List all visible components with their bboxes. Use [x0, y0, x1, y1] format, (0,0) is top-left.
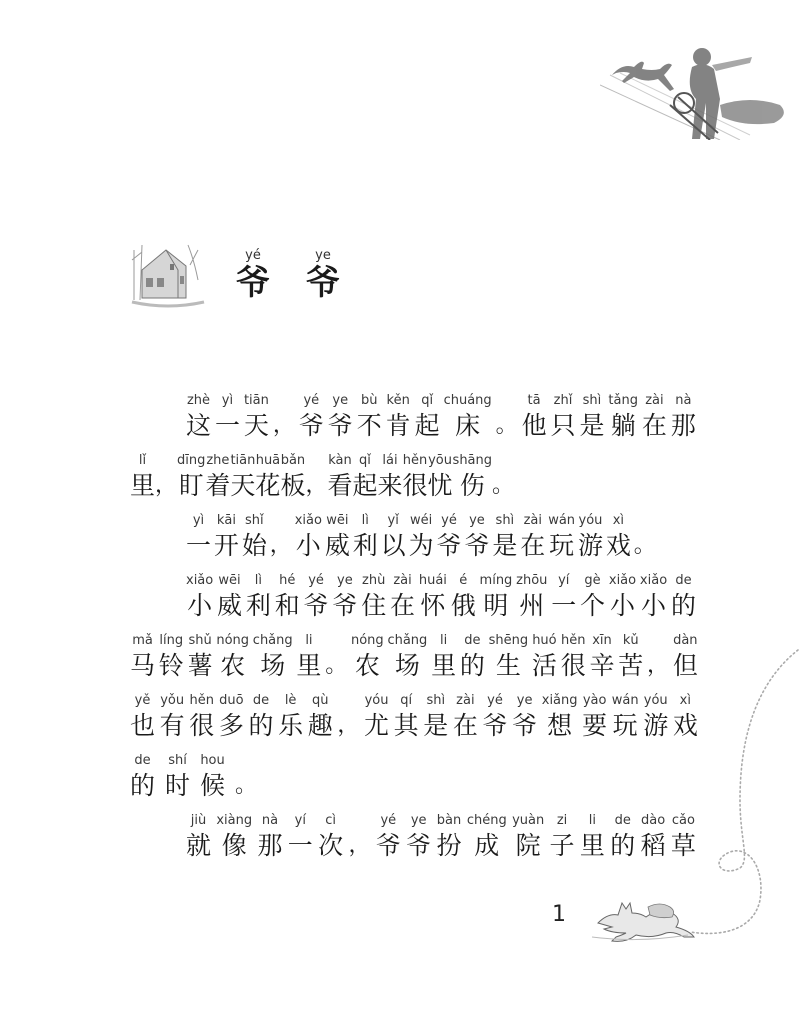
hanzi-with-pinyin: shì是: [579, 392, 604, 442]
title-hanzi: 爷: [306, 264, 340, 302]
hanzi: ，: [155, 470, 177, 502]
hanzi: 一: [288, 830, 313, 862]
text-line: jiù就xiàng像nà那yí一cì次，yé爷ye爷bàn扮chéng成yuàn…: [186, 812, 696, 862]
pinyin: de: [675, 572, 691, 590]
pinyin: zhǐ: [554, 392, 573, 410]
hanzi-with-pinyin: qí其: [394, 692, 419, 742]
hanzi: 有: [160, 710, 185, 742]
hanzi: 个: [580, 590, 605, 622]
hanzi: 一: [186, 530, 211, 562]
pinyin: nóng: [351, 632, 384, 650]
hanzi: ，: [337, 710, 359, 742]
hanzi: 那: [257, 830, 282, 862]
pinyin: tiān: [244, 392, 269, 410]
hanzi-with-pinyin: zhe着: [205, 452, 230, 502]
hanzi: 农: [220, 650, 245, 682]
hanzi-with-pinyin: nà那: [257, 812, 282, 862]
hanzi: 花: [255, 470, 280, 502]
pinyin: zhè: [187, 392, 210, 410]
text-line: de的shí时hou候。: [130, 752, 250, 802]
hanzi: 稻: [641, 830, 666, 862]
pinyin: zhōu: [516, 572, 547, 590]
pinyin: de: [134, 752, 150, 770]
hanzi-with-pinyin: yóu游: [578, 512, 603, 562]
hanzi-with-pinyin: nóng农: [351, 632, 384, 682]
hanzi-with-pinyin: xì戏: [606, 512, 631, 562]
hanzi: 床: [455, 410, 480, 442]
hanzi: 爷: [299, 410, 324, 442]
hanzi: 天: [230, 470, 255, 502]
hanzi-with-pinyin: yě也: [130, 692, 155, 742]
pinyin: xiǎo: [186, 572, 213, 590]
hanzi-with-pinyin: chǎng场: [387, 632, 427, 682]
text-line: yě也yǒu有hěn很duō多de的lè乐qù趣，yóu尤qí其shì是zài在…: [130, 692, 698, 742]
pinyin: yǒu: [160, 692, 184, 710]
punctuation: ，: [647, 632, 669, 682]
pinyin: zhù: [362, 572, 385, 590]
hanzi-with-pinyin: hou候: [200, 752, 225, 802]
hanzi: 小: [296, 530, 321, 562]
pinyin: yǐ: [388, 512, 399, 530]
punctuation: 。: [634, 512, 656, 562]
hanzi: 那: [671, 410, 696, 442]
hanzi-with-pinyin: kāi开: [214, 512, 239, 562]
hanzi: 也: [130, 710, 155, 742]
pinyin: de: [253, 692, 269, 710]
hanzi-with-pinyin: jiù就: [186, 812, 211, 862]
hanzi-with-pinyin: shì是: [423, 692, 448, 742]
hanzi-with-pinyin: zhè这: [186, 392, 211, 442]
hanzi: 在: [642, 410, 667, 442]
pinyin: nóng: [216, 632, 249, 650]
hanzi-with-pinyin: tā他: [522, 392, 547, 442]
pinyin: kàn: [328, 452, 352, 470]
pinyin: wán: [548, 512, 575, 530]
pinyin: xiǎo: [609, 572, 636, 590]
hanzi-with-pinyin: zi子: [550, 812, 575, 862]
hanzi-with-pinyin: huái怀: [419, 572, 447, 622]
hanzi: 。: [496, 410, 518, 442]
hanzi: 的: [671, 590, 696, 622]
hanzi: 玩: [549, 530, 574, 562]
hanzi: 铃: [159, 650, 184, 682]
hanzi-with-pinyin: cì次: [318, 812, 343, 862]
running-dog-illustration: [588, 893, 698, 943]
hanzi: 只: [551, 410, 576, 442]
hanzi-with-pinyin: xiǎo小: [186, 572, 213, 622]
punctuation: ，: [305, 452, 327, 502]
hanzi: 很: [403, 470, 428, 502]
pinyin: qí: [400, 692, 412, 710]
hanzi-with-pinyin: yóu尤: [364, 692, 389, 742]
pinyin: lǐ: [139, 452, 146, 470]
pinyin: lì: [362, 512, 369, 530]
hanzi: 肯: [386, 410, 411, 442]
hanzi-with-pinyin: zài在: [642, 392, 667, 442]
pinyin: yóu: [579, 512, 603, 530]
pinyin: kěn: [387, 392, 410, 410]
hanzi: 趣: [308, 710, 333, 742]
pinyin: hé: [279, 572, 295, 590]
pinyin: zi: [557, 812, 567, 830]
hanzi: ，: [348, 830, 370, 862]
text-line: zhè这yì一tiān天，yé爷ye爷bù不kěn肯qǐ起chuáng床。tā他…: [186, 392, 696, 442]
farmhouse-illustration: [128, 240, 208, 310]
pinyin: li: [305, 632, 312, 650]
hanzi: 很: [189, 710, 214, 742]
hanzi: 次: [318, 830, 343, 862]
pinyin: tiān: [230, 452, 255, 470]
hanzi: 明: [483, 590, 508, 622]
pinyin: zài: [524, 512, 542, 530]
hanzi-with-pinyin: gè个: [580, 572, 605, 622]
hanzi-with-pinyin: yuàn院: [512, 812, 544, 862]
page-number: 1: [552, 902, 566, 927]
hanzi: 小: [187, 590, 212, 622]
pinyin: chǎng: [253, 632, 293, 650]
hanzi: 。: [634, 530, 656, 562]
pinyin: qǐ: [359, 452, 371, 470]
hanzi-with-pinyin: wán玩: [548, 512, 575, 562]
hanzi: 里: [431, 650, 456, 682]
pinyin: yōu: [428, 452, 452, 470]
hanzi: 成: [474, 830, 499, 862]
hanzi: 子: [550, 830, 575, 862]
hanzi: ，: [647, 650, 669, 682]
pinyin: qù: [312, 692, 329, 710]
hanzi-with-pinyin: de的: [249, 692, 274, 742]
punctuation: 。: [325, 632, 347, 682]
punctuation: ，: [155, 452, 177, 502]
title-hanzi: 爷: [236, 264, 270, 302]
hanzi: 在: [453, 710, 478, 742]
hanzi: 苦: [618, 650, 643, 682]
hanzi: 住: [361, 590, 386, 622]
pinyin: cǎo: [672, 812, 695, 830]
pinyin: xīn: [592, 632, 612, 650]
hanzi-with-pinyin: xiǎng想: [542, 692, 578, 742]
hanzi-with-pinyin: chǎng场: [253, 632, 293, 682]
hanzi-with-pinyin: chéng成: [467, 812, 507, 862]
pinyin: xì: [680, 692, 691, 710]
hanzi-with-pinyin: yì一: [215, 392, 240, 442]
hanzi-with-pinyin: shí时: [165, 752, 190, 802]
hanzi: 活: [532, 650, 557, 682]
hanzi-with-pinyin: míng明: [480, 572, 513, 622]
hanzi: 他: [522, 410, 547, 442]
hanzi: 俄: [451, 590, 476, 622]
text-line: xiǎo小wēi威lì利hé和yé爷ye爷zhù住zài在huái怀é俄míng…: [186, 572, 696, 622]
pinyin: chǎng: [387, 632, 427, 650]
hanzi: 马: [130, 650, 155, 682]
hanzi-with-pinyin: ye爷: [464, 512, 489, 562]
hanzi: 游: [643, 710, 668, 742]
pinyin: yé: [380, 812, 396, 830]
pinyin: chéng: [467, 812, 507, 830]
hanzi-with-pinyin: hěn很: [561, 632, 586, 682]
pinyin: wéi: [410, 512, 432, 530]
hanzi-with-pinyin: zài在: [390, 572, 415, 622]
hanzi-with-pinyin: de的: [671, 572, 696, 622]
hanzi-with-pinyin: zài在: [453, 692, 478, 742]
hanzi: 场: [395, 650, 420, 682]
hanzi: 来: [378, 470, 403, 502]
pinyin: yóu: [365, 692, 389, 710]
hanzi-with-pinyin: kǔ苦: [618, 632, 643, 682]
hanzi: 像: [222, 830, 247, 862]
hanzi-with-pinyin: xiǎo小: [609, 572, 636, 622]
hanzi-with-pinyin: yé爷: [483, 692, 508, 742]
punctuation: 。: [235, 752, 257, 802]
pinyin: shí: [168, 752, 187, 770]
pinyin: shǐ: [245, 512, 264, 530]
hanzi: 的: [460, 650, 485, 682]
hanzi-with-pinyin: yǐ以: [381, 512, 406, 562]
hanzi-with-pinyin: xiǎo小: [640, 572, 667, 622]
pinyin: bàn: [437, 812, 461, 830]
pinyin: kǔ: [623, 632, 639, 650]
hanzi: 一: [551, 590, 576, 622]
pinyin: bù: [361, 392, 378, 410]
hanzi-with-pinyin: huā花: [255, 452, 280, 502]
hanzi: 利: [246, 590, 271, 622]
pinyin: de: [464, 632, 480, 650]
pinyin: yì: [193, 512, 204, 530]
pinyin: lè: [285, 692, 297, 710]
hanzi-with-pinyin: duō多: [219, 692, 244, 742]
hanzi: 尤: [364, 710, 389, 742]
punctuation: ，: [273, 392, 295, 442]
pinyin: xiǎng: [542, 692, 578, 710]
hanzi: 利: [353, 530, 378, 562]
hanzi: 游: [578, 530, 603, 562]
hanzi: 爷: [328, 410, 353, 442]
hanzi-with-pinyin: wéi为: [409, 512, 434, 562]
hanzi: 和: [275, 590, 300, 622]
pinyin: wán: [612, 692, 639, 710]
hanzi-with-pinyin: qǐ起: [415, 392, 440, 442]
pinyin: tǎng: [608, 392, 638, 410]
hanzi-with-pinyin: hé和: [275, 572, 300, 622]
pinyin: shì: [426, 692, 445, 710]
hanzi: 的: [249, 710, 274, 742]
pinyin: de: [615, 812, 631, 830]
hanzi: 在: [520, 530, 545, 562]
hanzi-with-pinyin: zài在: [520, 512, 545, 562]
pinyin: lái: [382, 452, 397, 470]
pinyin: zài: [645, 392, 663, 410]
hanzi: 爷: [406, 830, 431, 862]
punctuation: 。: [492, 452, 514, 502]
dotted-trail-decoration: [690, 640, 800, 940]
hanzi: 草: [671, 830, 696, 862]
hanzi: 很: [561, 650, 586, 682]
hanzi-with-pinyin: tǎng躺: [608, 392, 638, 442]
hanzi: 开: [214, 530, 239, 562]
hanzi: 的: [130, 770, 155, 802]
hanzi: ，: [270, 530, 292, 562]
hanzi-with-pinyin: zhōu州: [516, 572, 547, 622]
hanzi: 但: [673, 650, 698, 682]
hanzi: 是: [579, 410, 604, 442]
hanzi: 院: [516, 830, 541, 862]
pinyin: mǎ: [132, 632, 153, 650]
hanzi: ，: [305, 470, 327, 502]
hanzi-with-pinyin: ye爷: [406, 812, 431, 862]
pinyin: ye: [337, 572, 353, 590]
hanzi: 爷: [483, 710, 508, 742]
hanzi: 要: [582, 710, 607, 742]
hanzi: 爷: [464, 530, 489, 562]
pinyin: nà: [262, 812, 278, 830]
hanzi: 爷: [512, 710, 537, 742]
hanzi-with-pinyin: shì是: [492, 512, 517, 562]
text-line: lǐ里，dīng盯zhe着tiān天huā花bǎn板，kàn看qǐ起lái来hě…: [130, 452, 480, 502]
pinyin: ye: [332, 392, 348, 410]
hanzi: 爷: [304, 590, 329, 622]
pinyin: zhe: [206, 452, 229, 470]
hanzi-with-pinyin: tiān天: [244, 392, 269, 442]
hanzi: 以: [381, 530, 406, 562]
hanzi-with-pinyin: de的: [130, 752, 155, 802]
hanzi-with-pinyin: dīng盯: [177, 452, 205, 502]
hanzi-with-pinyin: lái来: [378, 452, 403, 502]
hanzi-with-pinyin: huó活: [532, 632, 557, 682]
pinyin: líng: [159, 632, 183, 650]
pinyin: xiǎo: [640, 572, 667, 590]
hanzi-with-pinyin: nóng农: [216, 632, 249, 682]
pinyin: huó: [532, 632, 556, 650]
hanzi: 场: [260, 650, 285, 682]
pinyin: hěn: [190, 692, 214, 710]
pinyin: xiàng: [216, 812, 252, 830]
hanzi-with-pinyin: xiǎo小: [295, 512, 322, 562]
hanzi-with-pinyin: xì戏: [673, 692, 698, 742]
hanzi: 辛: [589, 650, 614, 682]
pinyin: nà: [675, 392, 691, 410]
hanzi-with-pinyin: nà那: [671, 392, 696, 442]
pinyin: shì: [496, 512, 515, 530]
pinyin: hou: [200, 752, 224, 770]
hanzi-with-pinyin: de的: [610, 812, 635, 862]
hanzi-with-pinyin: yé爷: [437, 512, 462, 562]
pinyin: gè: [584, 572, 600, 590]
pinyin: míng: [480, 572, 513, 590]
hanzi: 伤: [460, 470, 485, 502]
hanzi: 。: [492, 470, 514, 502]
hanzi: 乐: [278, 710, 303, 742]
title-pinyin: ye: [315, 248, 331, 264]
sled-and-dog-illustration: [600, 45, 800, 140]
hanzi: 威: [325, 530, 350, 562]
hanzi: 为: [409, 530, 434, 562]
hanzi: 戏: [673, 710, 698, 742]
hanzi: 。: [235, 770, 257, 802]
hanzi-with-pinyin: lè乐: [278, 692, 303, 742]
hanzi: 始: [242, 530, 267, 562]
hanzi-with-pinyin: wán玩: [612, 692, 639, 742]
pinyin: yóu: [644, 692, 668, 710]
pinyin: yí: [295, 812, 306, 830]
hanzi-with-pinyin: mǎ马: [130, 632, 155, 682]
title-pinyin: yé: [245, 248, 261, 264]
pinyin: dàn: [673, 632, 697, 650]
pinyin: ye: [411, 812, 427, 830]
hanzi: 农: [355, 650, 380, 682]
hanzi: 小: [641, 590, 666, 622]
hanzi-with-pinyin: yí一: [551, 572, 576, 622]
hanzi-with-pinyin: ye爷: [328, 392, 353, 442]
pinyin: dīng: [177, 452, 205, 470]
hanzi-with-pinyin: qǐ起: [352, 452, 377, 502]
pinyin: hěn: [403, 452, 427, 470]
hanzi-with-pinyin: chuáng床: [444, 392, 492, 442]
pinyin: xì: [613, 512, 624, 530]
hanzi-with-pinyin: é俄: [451, 572, 476, 622]
hanzi-with-pinyin: yé爷: [304, 572, 329, 622]
hanzi: 多: [219, 710, 244, 742]
hanzi-with-pinyin: shēng生: [489, 632, 529, 682]
pinyin: huái: [419, 572, 447, 590]
hanzi-with-pinyin: yí一: [288, 812, 313, 862]
pinyin: duō: [219, 692, 243, 710]
pinyin: ye: [469, 512, 485, 530]
punctuation: ，: [348, 812, 370, 862]
hanzi-with-pinyin: lì利: [246, 572, 271, 622]
hanzi: 里: [580, 830, 605, 862]
hanzi-with-pinyin: líng铃: [159, 632, 184, 682]
hanzi: 不: [357, 410, 382, 442]
hanzi-with-pinyin: bàn扮: [437, 812, 462, 862]
title-char: ye 爷: [306, 248, 340, 302]
hanzi: 爷: [376, 830, 401, 862]
hanzi: 在: [390, 590, 415, 622]
hanzi-with-pinyin: lǐ里: [130, 452, 155, 502]
hanzi: 小: [610, 590, 635, 622]
hanzi-with-pinyin: dào稻: [641, 812, 666, 862]
hanzi-with-pinyin: xīn辛: [589, 632, 614, 682]
hanzi: 板: [280, 470, 305, 502]
hanzi-with-pinyin: li里: [431, 632, 456, 682]
pinyin: lì: [255, 572, 262, 590]
hanzi: 州: [519, 590, 544, 622]
hanzi-with-pinyin: shǔ薯: [188, 632, 213, 682]
hanzi-with-pinyin: yé爷: [299, 392, 324, 442]
pinyin: tā: [528, 392, 541, 410]
pinyin: yé: [487, 692, 503, 710]
hanzi: 扮: [437, 830, 462, 862]
hanzi: 一: [215, 410, 240, 442]
hanzi-with-pinyin: de的: [460, 632, 485, 682]
hanzi: 玩: [613, 710, 638, 742]
pinyin: yuàn: [512, 812, 544, 830]
hanzi: 爷: [332, 590, 357, 622]
hanzi-with-pinyin: yōu忧: [428, 452, 453, 502]
hanzi: 里: [130, 470, 155, 502]
hanzi-with-pinyin: shāng伤: [453, 452, 492, 502]
hanzi-with-pinyin: li里: [296, 632, 321, 682]
hanzi: 生: [496, 650, 521, 682]
hanzi-with-pinyin: qù趣: [308, 692, 333, 742]
pinyin: shēng: [489, 632, 529, 650]
hanzi-with-pinyin: ye爷: [512, 692, 537, 742]
hanzi: 的: [610, 830, 635, 862]
pinyin: li: [589, 812, 596, 830]
punctuation: ，: [337, 692, 359, 742]
pinyin: bǎn: [281, 452, 305, 470]
pinyin: shāng: [453, 452, 492, 470]
pinyin: hěn: [561, 632, 585, 650]
